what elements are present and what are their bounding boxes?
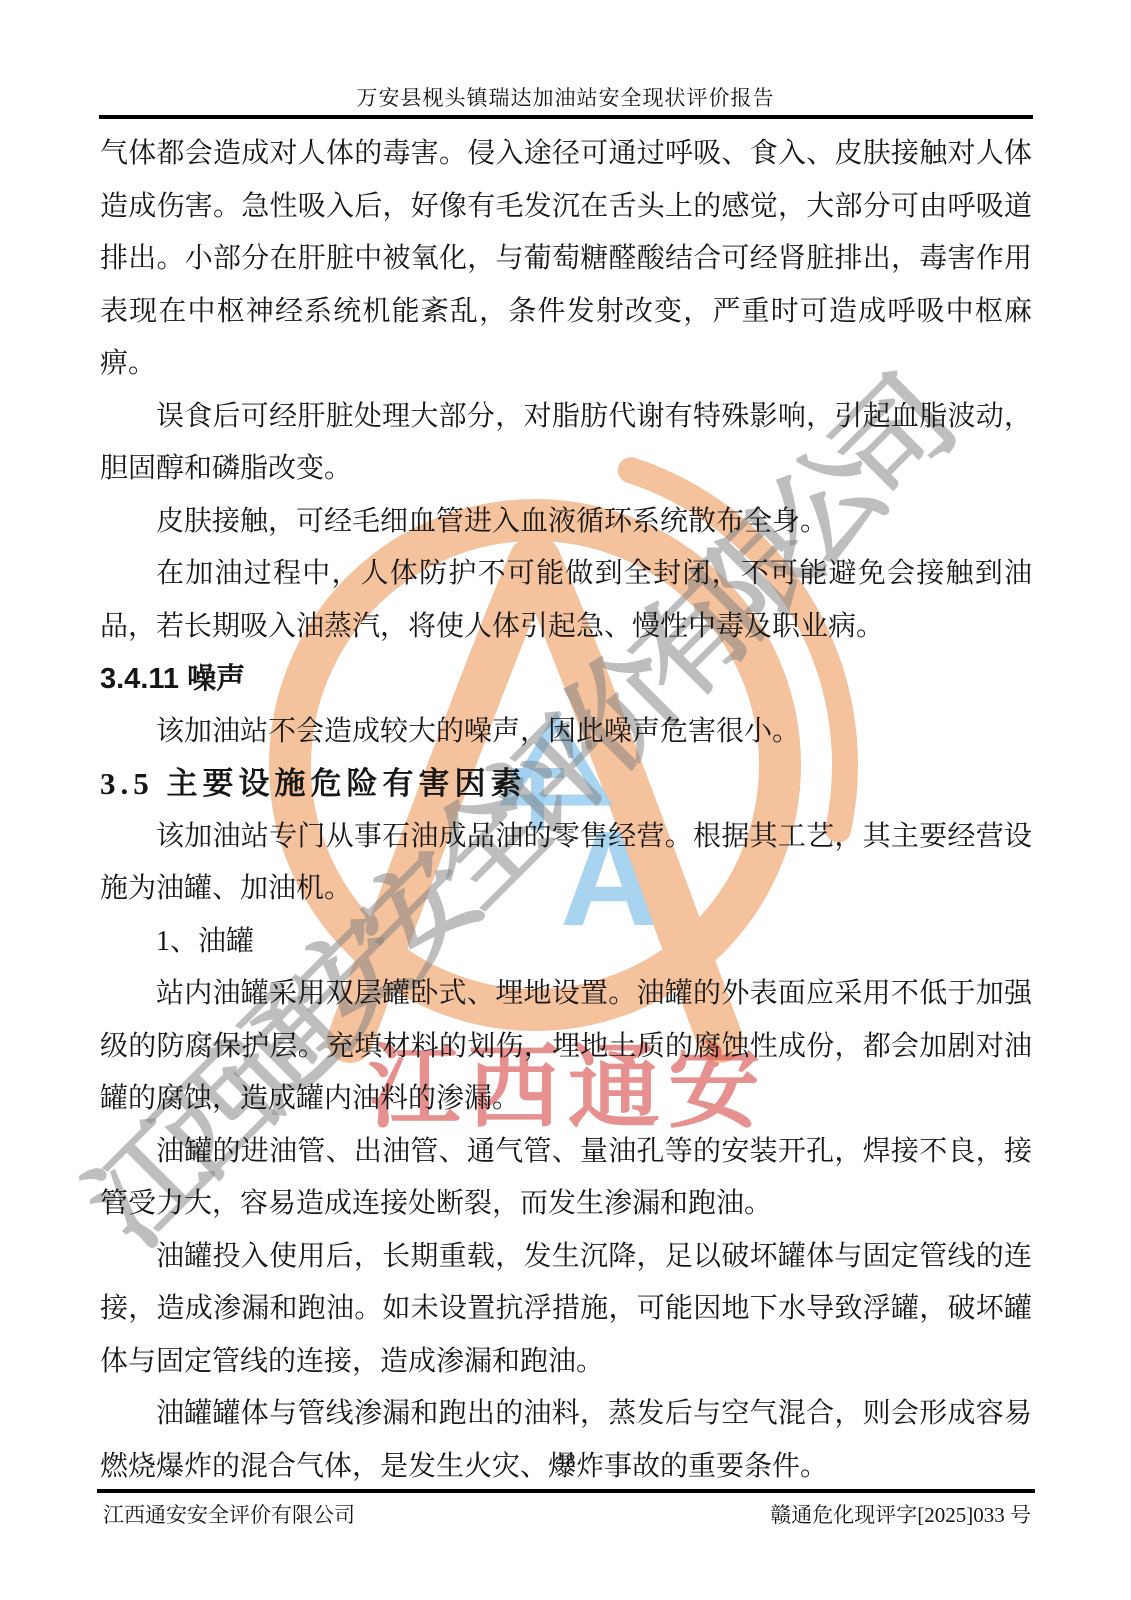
heading-3-5-main-facilities: 3.5 主要设施危险有害因素 xyxy=(100,758,1032,811)
footer-document-number: 赣通危化现评字[2025]033 号 xyxy=(770,1499,1031,1529)
paragraph-refueling-exposure: 在加油过程中，人体防护不可能做到全封闭，不可能避免会接触到油品，若长期吸入油蒸汽… xyxy=(100,548,1032,653)
paragraph-ingestion: 误食后可经肝脏处理大部分，对脂肪代谢有特殊影响，引起血脂波动，胆固醇和磷脂改变。 xyxy=(100,391,1032,496)
paragraph-toxicity-continued: 气体都会造成对人体的毒害。侵入途径可通过呼吸、食入、皮肤接触对人体造成伤害。急性… xyxy=(100,128,1032,391)
footer-rule xyxy=(97,1489,1035,1493)
header-rule xyxy=(99,115,1033,119)
paragraph-tank-settlement: 油罐投入使用后，长期重载，发生沉降，足以破坏罐体与固定管线的连接，造成渗漏和跑油… xyxy=(100,1231,1032,1389)
paragraph-vapor-explosion: 油罐罐体与管线渗漏和跑出的油料，蒸发后与空气混合，则会形成容易燃烧爆炸的混合气体… xyxy=(100,1388,1032,1493)
paragraph-noise: 该加油站不会造成较大的噪声，因此噪声危害很小。 xyxy=(100,706,1032,759)
page-number: 48 xyxy=(0,1450,1131,1473)
document-page: T A 江西通安安全评价有限公司 江西通安 万安县枧头镇瑞达加油站安全现状评价报… xyxy=(0,0,1131,1600)
paragraph-item-oil-tank: 1、油罐 xyxy=(100,916,1032,969)
paragraph-tank-setup: 站内油罐采用双层罐卧式、埋地设置。油罐的外表面应采用不低于加强级的防腐保护层。充… xyxy=(100,968,1032,1126)
document-body: 气体都会造成对人体的毒害。侵入途径可通过呼吸、食入、皮肤接触对人体造成伤害。急性… xyxy=(100,128,1032,1493)
page-header-title: 万安县枧头镇瑞达加油站安全现状评价报告 xyxy=(0,82,1131,112)
paragraph-skin-contact: 皮肤接触，可经毛细血管进入血液循环系统散布全身。 xyxy=(100,496,1032,549)
paragraph-station-business: 该加油站专门从事石油成品油的零售经营。根据其工艺，其主要经营设施为油罐、加油机。 xyxy=(100,811,1032,916)
paragraph-tank-openings: 油罐的进油管、出油管、通气管、量油孔等的安装开孔，焊接不良，接管受力大，容易造成… xyxy=(100,1126,1032,1231)
heading-3-4-11-noise: 3.4.11 噪声 xyxy=(100,653,1032,706)
footer-company-name: 江西通安安全评价有限公司 xyxy=(103,1499,355,1529)
